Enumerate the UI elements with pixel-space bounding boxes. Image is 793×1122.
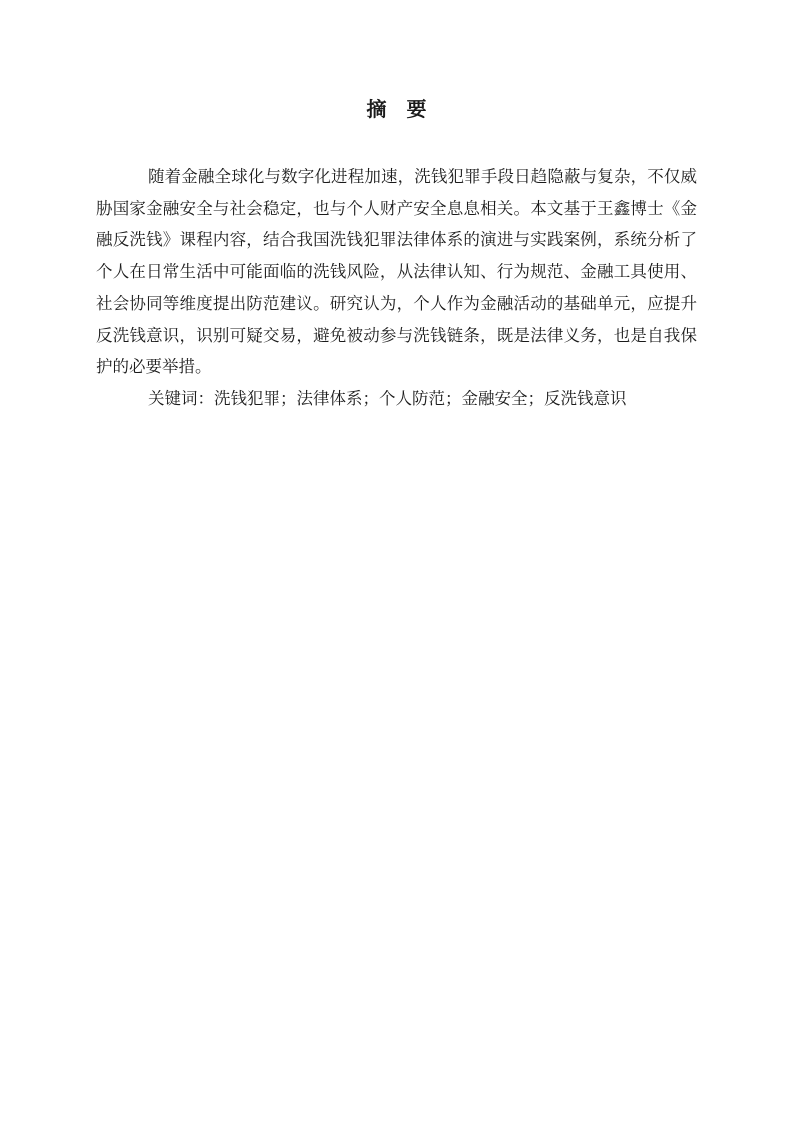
document-page: 摘 要 随着金融全球化与数字化进程加速，洗钱犯罪手段日趋隐蔽与复杂，不仅威胁国家… — [0, 0, 793, 1122]
abstract-paragraph: 随着金融全球化与数字化进程加速，洗钱犯罪手段日趋隐蔽与复杂，不仅威胁国家金融安全… — [96, 161, 697, 383]
keywords-line: 关键词：洗钱犯罪；法律体系；个人防范；金融安全；反洗钱意识 — [96, 383, 697, 415]
abstract-body: 随着金融全球化与数字化进程加速，洗钱犯罪手段日趋隐蔽与复杂，不仅威胁国家金融安全… — [96, 161, 697, 415]
page-title: 摘 要 — [0, 96, 793, 124]
